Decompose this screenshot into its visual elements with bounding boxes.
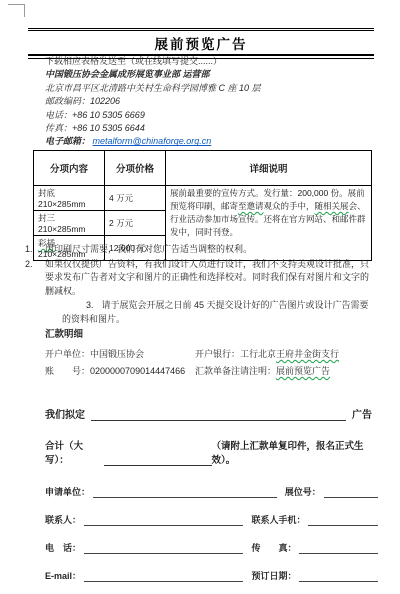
contact-mobile-field[interactable] xyxy=(308,515,378,526)
total-label: 合计（大写）： xyxy=(45,438,104,466)
document-page: 展前预览广告 下载相应表格发送至（或在线填写提交......） 中国锻压协会金属… xyxy=(0,0,400,594)
email-link[interactable]: metalform@chinaforge.org.cn xyxy=(93,136,212,146)
order-date-field[interactable] xyxy=(299,571,378,582)
application-form: 申请单位： 展位号： 联系人： 联系人手机： 电 话： xyxy=(45,484,378,594)
table-header-row: 分项内容 分项价格 详细说明 xyxy=(34,151,372,186)
price-cell: 4 万元 xyxy=(105,186,166,211)
contact-info-block: 下载相应表格发送至（或在线填写提交......） 中国锻压协会金属成形展览事业部… xyxy=(45,55,380,149)
phone-field[interactable] xyxy=(84,543,243,554)
note-item-3: 3.请于展览会开展之日前 45 天提交设计好的广告图片或设计广告需要的资料和图片… xyxy=(62,299,377,326)
form-row-contact: 联系人： 联系人手机： xyxy=(45,512,378,526)
contact-person-label: 联系人： xyxy=(45,513,81,526)
text-boundary-cropmark xyxy=(8,4,25,17)
page-title: 展前预览广告 xyxy=(28,31,374,54)
applicant-unit-label: 申请单位： xyxy=(45,485,90,498)
postal-code: 邮政编码：102206 xyxy=(45,95,380,108)
contact-person-field[interactable] xyxy=(84,515,243,526)
organizer-name: 中国锻压协会金属成形展览事业部 运营部 xyxy=(45,68,380,81)
applicant-unit-field[interactable] xyxy=(93,487,277,498)
email-field[interactable] xyxy=(84,571,243,582)
terms-notes: 1. 因印刷尺寸需要，我们有对您广告适当调整的权利。 2. 如果仅仅提供广告资料… xyxy=(25,243,377,327)
item-cell: 封三 210×285mm xyxy=(34,211,105,236)
ad-name-field[interactable] xyxy=(91,409,346,421)
spellcheck-marked-text: 展前预览广告 xyxy=(276,366,330,376)
col-header-description: 详细说明 xyxy=(166,151,372,186)
decide-suffix: 广告 xyxy=(352,406,372,421)
email-line: 电子邮箱： metalform@chinaforge.org.cn xyxy=(45,135,380,148)
submit-instruction: 下载相应表格发送至（或在线填写提交......） xyxy=(45,55,380,68)
bank-name: 开户银行：工行北京王府井金街支行 xyxy=(195,346,380,363)
fax-number: 传真：+86 10 5305 6644 xyxy=(45,122,380,135)
remittance-row-1: 开户单位：中国锻压协会 开户银行：工行北京王府井金街支行 xyxy=(45,346,380,363)
remit-memo: 汇款单备注请注明：展前预览广告 xyxy=(195,363,380,380)
spellcheck-marked-text: 至邀请 xyxy=(238,201,264,211)
organizer-address: 北京市昌平区北清路中关村生命科学园博雅 C 座 10 层 xyxy=(45,82,380,95)
price-cell: 2 万元 xyxy=(105,211,166,236)
decide-prefix: 我们拟定 xyxy=(45,406,85,421)
total-amount-field[interactable] xyxy=(104,454,211,466)
order-date-label: 预订日期： xyxy=(251,569,296,582)
account-number: 账 号：0200000709014447466 xyxy=(45,363,195,380)
email-label: 电子邮箱： xyxy=(45,136,90,146)
total-note: （请附上汇款单复印件，报名正式生效）。 xyxy=(212,438,380,466)
col-header-price: 分项价格 xyxy=(105,151,166,186)
table-row: 封底 210×285mm 4 万元 展前最重要的宣传方式。发行量：200,000… xyxy=(34,186,372,211)
booth-number-field[interactable] xyxy=(324,487,378,498)
item-cell: 封底 210×285mm xyxy=(34,186,105,211)
fax-label: 传 真： xyxy=(251,541,296,554)
total-amount-line: 合计（大写）： （请附上汇款单复印件，报名正式生效）。 xyxy=(45,438,380,466)
form-row-email-date: E-mail： 预订日期： xyxy=(45,568,378,582)
email-field-label: E-mail： xyxy=(45,569,81,582)
remittance-details: 汇款明细 开户单位：中国锻压协会 开户银行：工行北京王府井金街支行 账 号：02… xyxy=(45,326,380,380)
form-row-applicant: 申请单位： 展位号： xyxy=(45,484,378,498)
spellcheck-marked-text: 王府井金街支行 xyxy=(276,349,339,359)
phone-number: 电话：+86 10 5305 6669 xyxy=(45,109,380,122)
spellcheck-marked-text: 随相关展 xyxy=(315,201,349,211)
contact-mobile-label: 联系人手机： xyxy=(251,513,305,526)
fax-field[interactable] xyxy=(299,543,378,554)
phone-label: 电 话： xyxy=(45,541,81,554)
booth-number-label: 展位号： xyxy=(285,485,321,498)
remittance-heading: 汇款明细 xyxy=(45,326,380,340)
form-row-phone-fax: 电 话： 传 真： xyxy=(45,540,378,554)
account-unit: 开户单位：中国锻压协会 xyxy=(45,346,195,363)
note-item-2: 2. 如果仅仅提供广告资料，有我们设计人员进行设计，我们不支持美观设计批准，只要… xyxy=(25,258,377,299)
col-header-item: 分项内容 xyxy=(34,151,105,186)
remittance-row-2: 账 号：0200000709014447466 汇款单备注请注明：展前预览广告 xyxy=(45,363,380,380)
note-item-1: 1. 因印刷尺寸需要，我们有对您广告适当调整的权利。 xyxy=(25,243,377,257)
ad-decision-line: 我们拟定 广告 xyxy=(45,406,372,421)
